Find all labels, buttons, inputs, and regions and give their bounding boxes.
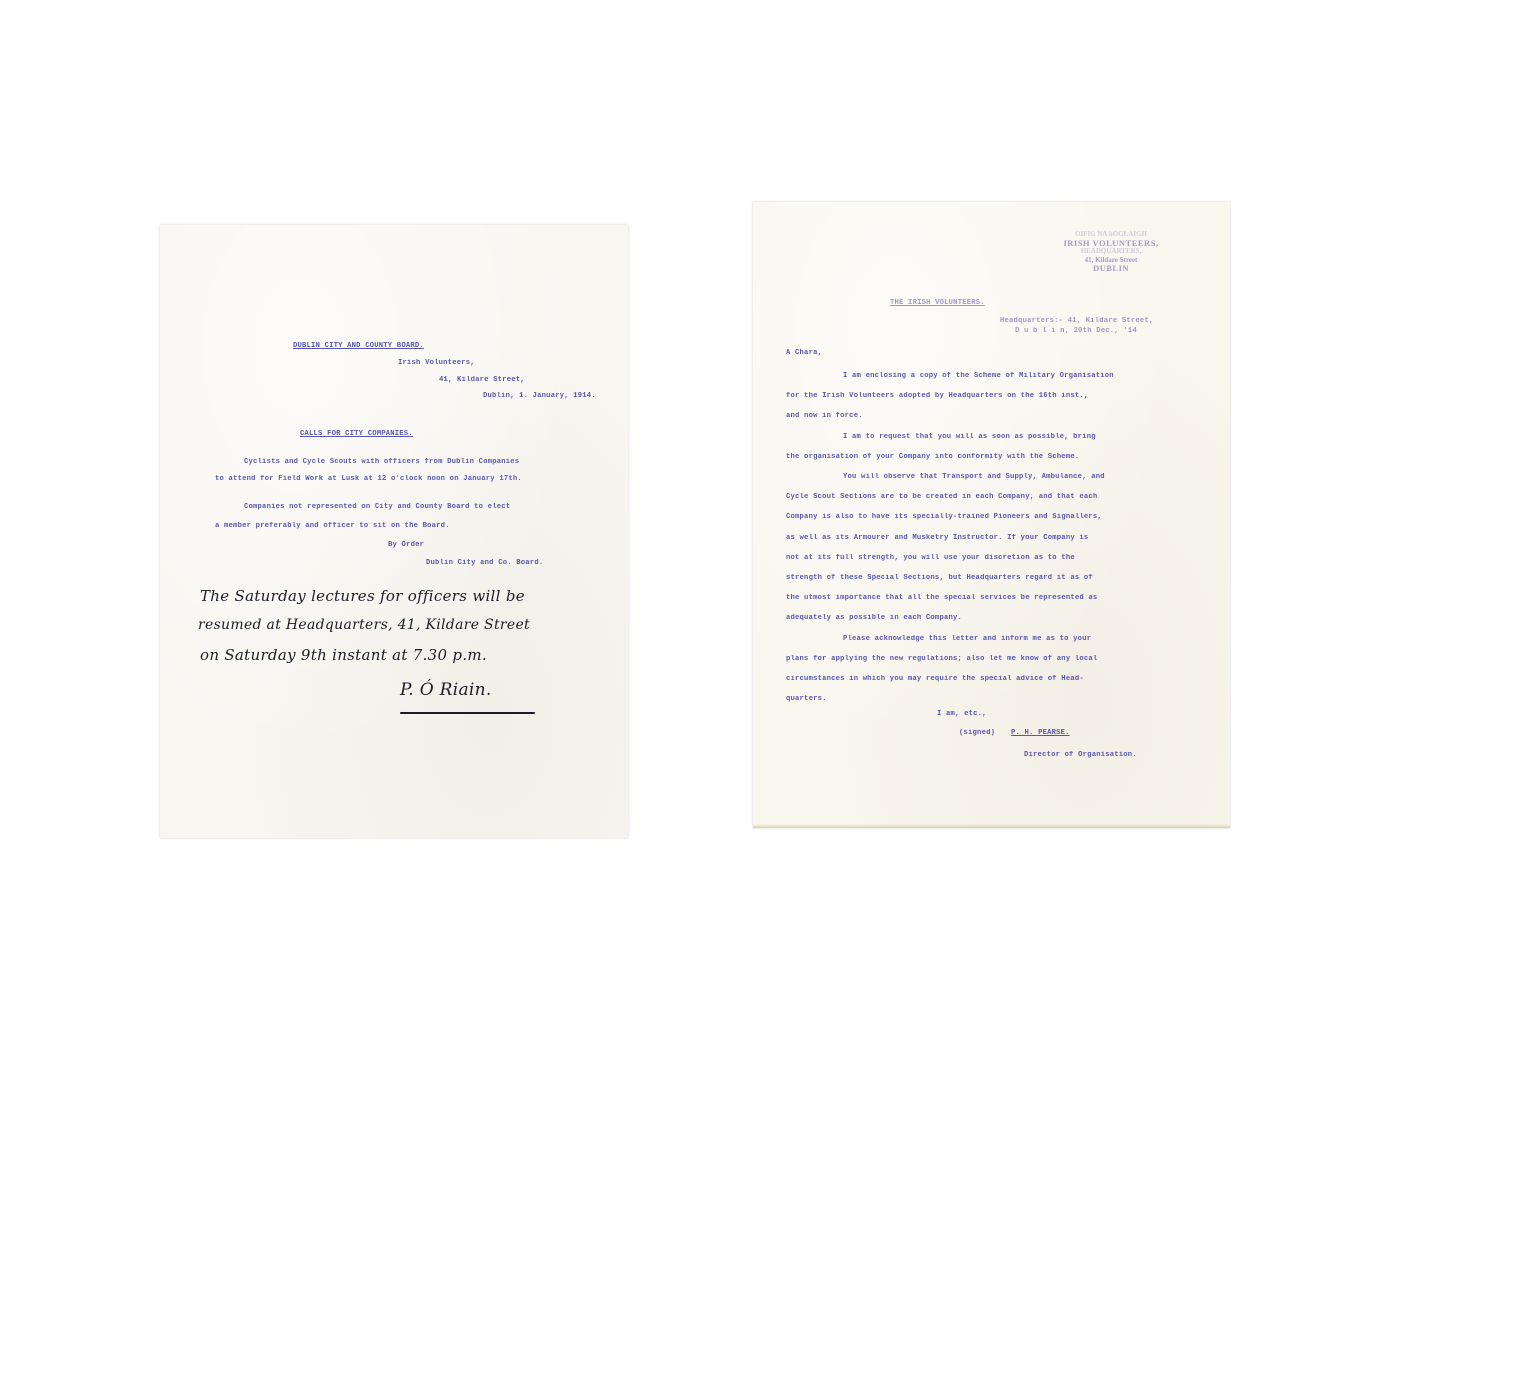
letter-line: Cycle Scout Sections are to be created i… [786, 493, 1097, 501]
paragraph-line: a member preferably and officer to sit o… [215, 522, 450, 530]
handwritten-note-line: on Saturday 9th instant at 7.30 p.m. [200, 646, 487, 664]
paragraph-line: Companies not represented on City and Co… [244, 503, 510, 511]
stamp-line: OIFIG NA hÓGLAIGH [1051, 230, 1171, 239]
issuer: Dublin City and Co. Board. [426, 559, 543, 567]
document-dublin-board-notice: DUBLIN CITY AND COUNTY BOARD. Irish Volu… [160, 225, 628, 838]
address-line: 41, Kildare Street, [439, 376, 525, 384]
letter-line: adequately as possible in each Company. [786, 614, 962, 622]
letter-line: Company is also to have its specially-tr… [786, 513, 1102, 521]
headquarters-stamp: OIFIG NA hÓGLAIGH IRISH VOLUNTEERS, HEAD… [1051, 230, 1171, 273]
letter-line: quarters. [786, 695, 827, 703]
stamp-line: HEADQUARTERS, [1051, 247, 1171, 256]
address-line: Irish Volunteers, [398, 359, 475, 367]
salutation: A Chara, [786, 349, 822, 357]
letter-line: I am enclosing a copy of the Scheme of M… [843, 372, 1114, 380]
letter-line: circumstances in which you may require t… [786, 675, 1084, 683]
handwritten-note-line: The Saturday lectures for officers will … [200, 587, 525, 605]
letterhead: THE IRISH VOLUNTEERS. [890, 299, 985, 307]
paragraph-line: Cyclists and Cycle Scouts with officers … [244, 458, 519, 466]
handwritten-signature: P. Ó Riain. [400, 680, 492, 700]
letter-line: the organisation of your Company into co… [786, 453, 1079, 461]
signed-label: (signed) [959, 729, 995, 737]
stamp-line: IRISH VOLUNTEERS, [1051, 239, 1171, 248]
signature-underline [400, 712, 535, 714]
letter-line: as well as its Armourer and Musketry Ins… [786, 534, 1088, 542]
letter-line: You will observe that Transport and Supp… [843, 473, 1105, 481]
date-line: Dublin, 1. January, 1914. [483, 392, 596, 400]
letter-line: not at its full strength, you will use y… [786, 554, 1075, 562]
letter-line: Please acknowledge this letter and infor… [843, 635, 1091, 643]
letter-line: the utmost importance that all the speci… [786, 594, 1097, 602]
paragraph-line: to attend for Field Work at Lusk at 12 o… [215, 475, 522, 483]
stamp-line: DUBLIN [1051, 264, 1171, 273]
address-line: Headquarters:- 41, Kildare Street, [1000, 317, 1153, 325]
signatory: P. H. PEARSE. [1011, 729, 1070, 737]
letter-line: for the Irish Volunteers adopted by Head… [786, 392, 1088, 400]
handwritten-note-line: resumed at Headquarters, 41, Kildare Str… [198, 617, 530, 633]
signatory-title: Director of Organisation. [1024, 751, 1137, 759]
date-line: D u b l i n, 20th Dec., '14 [1015, 327, 1137, 335]
letterhead: DUBLIN CITY AND COUNTY BOARD. [293, 342, 424, 350]
closing: By Order [388, 541, 424, 549]
letter-line: strength of these Special Sections, but … [786, 574, 1093, 582]
notice-heading: CALLS FOR CITY COMPANIES. [300, 430, 413, 438]
document-pearse-letter: OIFIG NA hÓGLAIGH IRISH VOLUNTEERS, HEAD… [753, 202, 1230, 828]
closing: I am, etc., [937, 710, 987, 718]
letter-line: I am to request that you will as soon as… [843, 433, 1096, 441]
letter-line: plans for applying the new regulations; … [786, 655, 1097, 663]
letter-line: and now in force. [786, 412, 863, 420]
